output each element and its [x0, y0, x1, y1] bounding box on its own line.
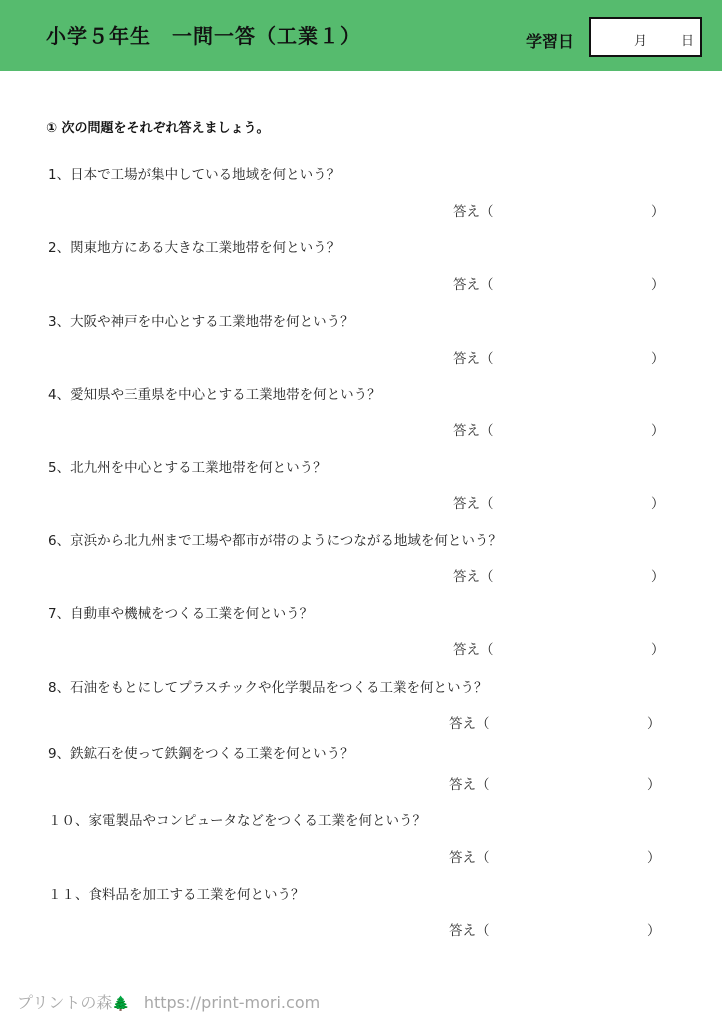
- answer-suffix: ）: [647, 712, 661, 732]
- answer-field-8[interactable]: 答え（）: [449, 712, 490, 732]
- answer-prefix: 答え（: [449, 850, 490, 866]
- answer-field-10[interactable]: 答え（）: [449, 846, 490, 866]
- date-label: 学習日: [526, 29, 574, 52]
- header-bar: 小学５年生 一問一答（工業１） 学習日 月 日: [0, 0, 722, 71]
- date-field[interactable]: 月 日: [589, 17, 702, 57]
- footer-brand: プリントの森: [17, 993, 112, 1012]
- answer-suffix: ）: [651, 492, 665, 512]
- answer-prefix: 答え（: [453, 204, 494, 220]
- answer-suffix: ）: [647, 919, 661, 939]
- question-9: 9、鉄鉱石を使って鉄鋼をつくる工業を何という？: [48, 742, 354, 762]
- instruction: ① 次の問題をそれぞれ答えましょう。: [46, 117, 270, 136]
- question-1: 1、日本で工場が集中している地域を何という？: [48, 163, 340, 183]
- answer-suffix: ）: [651, 419, 665, 439]
- question-6: 6、京浜から北九州まで工場や都市が帯のようにつながる地域を何という？: [48, 529, 502, 549]
- answer-prefix: 答え（: [449, 777, 490, 793]
- answer-field-1[interactable]: 答え（）: [453, 200, 494, 220]
- answer-prefix: 答え（: [453, 496, 494, 512]
- answer-suffix: ）: [647, 846, 661, 866]
- footer-url[interactable]: https://print-mori.com: [144, 993, 320, 1012]
- answer-field-11[interactable]: 答え（）: [449, 919, 490, 939]
- question-11: １１、食料品を加工する工業を何という？: [48, 883, 305, 903]
- tree-icon: 🌲: [112, 996, 129, 1012]
- answer-prefix: 答え（: [449, 716, 490, 732]
- month-label: 月: [634, 30, 647, 49]
- footer: プリントの森🌲https://print-mori.com: [17, 990, 320, 1013]
- answer-field-4[interactable]: 答え（）: [453, 419, 494, 439]
- question-8: 8、石油をもとにしてプラスチックや化学製品をつくる工業を何という？: [48, 676, 488, 696]
- answer-field-6[interactable]: 答え（）: [453, 565, 494, 585]
- answer-suffix: ）: [651, 347, 665, 367]
- question-10: １０、家電製品やコンピュータなどをつくる工業を何という？: [48, 809, 426, 829]
- question-4: 4、愛知県や三重県を中心とする工業地帯を何という？: [48, 383, 381, 403]
- answer-prefix: 答え（: [453, 423, 494, 439]
- question-3: 3、大阪や神戸を中心とする工業地帯を何という？: [48, 310, 354, 330]
- question-2: 2、関東地方にある大きな工業地帯を何という？: [48, 236, 340, 256]
- answer-field-7[interactable]: 答え（）: [453, 638, 494, 658]
- answer-suffix: ）: [651, 273, 665, 293]
- answer-prefix: 答え（: [453, 351, 494, 367]
- answer-prefix: 答え（: [453, 569, 494, 585]
- question-7: 7、自動車や機械をつくる工業を何という？: [48, 602, 313, 622]
- page-title: 小学５年生 一問一答（工業１）: [46, 20, 361, 49]
- answer-suffix: ）: [647, 773, 661, 793]
- answer-field-2[interactable]: 答え（）: [453, 273, 494, 293]
- answer-prefix: 答え（: [453, 277, 494, 293]
- answer-field-9[interactable]: 答え（）: [449, 773, 490, 793]
- answer-suffix: ）: [651, 200, 665, 220]
- question-5: 5、北九州を中心とする工業地帯を何という？: [48, 456, 327, 476]
- answer-field-5[interactable]: 答え（）: [453, 492, 494, 512]
- answer-suffix: ）: [651, 565, 665, 585]
- answer-suffix: ）: [651, 638, 665, 658]
- answer-prefix: 答え（: [449, 923, 490, 939]
- answer-prefix: 答え（: [453, 642, 494, 658]
- answer-field-3[interactable]: 答え（）: [453, 347, 494, 367]
- day-label: 日: [681, 30, 694, 49]
